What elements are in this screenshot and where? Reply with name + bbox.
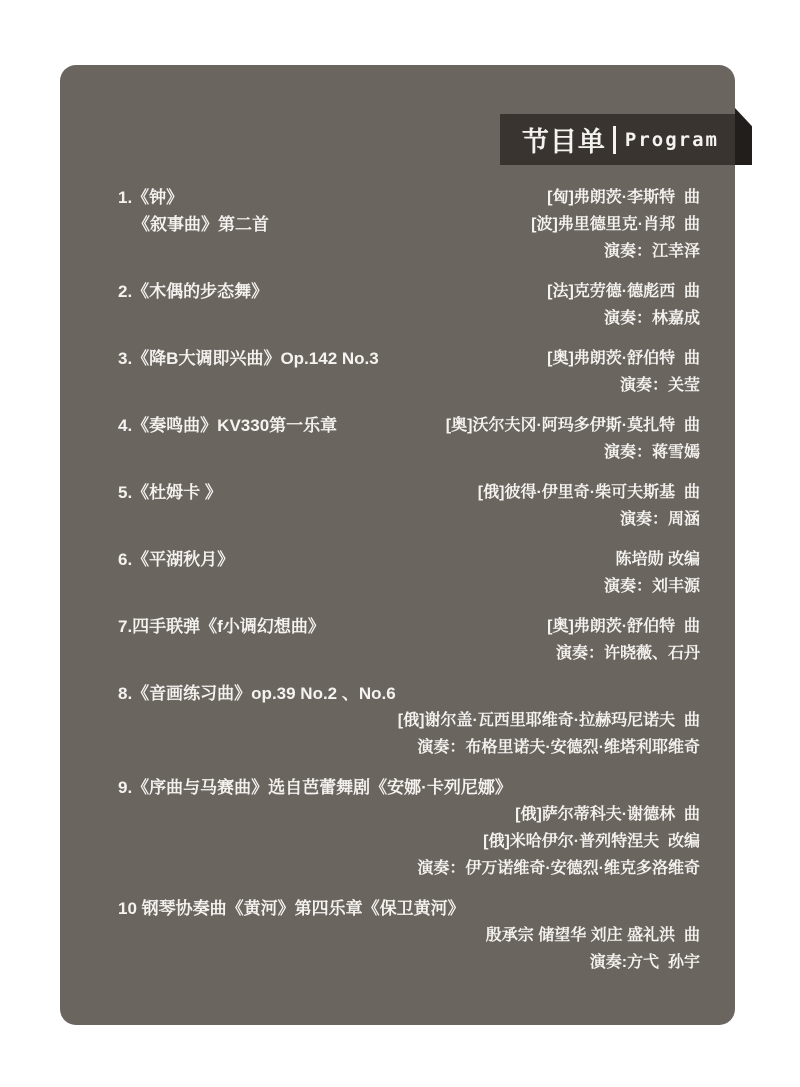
item-info: [法]克劳德·德彪西 曲	[547, 278, 700, 305]
item-info: [波]弗里德里克·肖邦 曲	[531, 211, 700, 238]
program-item: 7.四手联弹《f小调幻想曲》[奥]弗朗茨·舒伯特 曲演奏：许晓薇、石丹	[118, 613, 700, 667]
program-item: 10 钢琴协奏曲《黄河》第四乐章《保卫黄河》殷承宗 储望华 刘庄 盛礼洪 曲演奏…	[118, 895, 700, 976]
item-info: 演奏：江幸泽	[604, 238, 700, 265]
item-info: 演奏：刘丰源	[604, 573, 700, 600]
item-info: [奥]沃尔夫冈·阿玛多伊斯·莫扎特 曲	[446, 412, 700, 439]
program-line: 演奏：关莹	[118, 372, 700, 399]
program-item: 6.《平湖秋月》陈培勋 改编演奏：刘丰源	[118, 546, 700, 600]
item-info: [俄]萨尔蒂科夫·谢德林 曲	[515, 801, 700, 828]
item-info: 陈培勋 改编	[616, 546, 700, 573]
item-info: [俄]米哈伊尔·普列特涅夫 改编	[483, 828, 700, 855]
item-title: 8.《音画练习曲》op.39 No.2 、No.6	[118, 680, 396, 707]
program-line: 7.四手联弹《f小调幻想曲》[奥]弗朗茨·舒伯特 曲	[118, 613, 700, 640]
program-line: [俄]谢尔盖·瓦西里耶维奇·拉赫玛尼诺夫 曲	[118, 707, 700, 734]
item-info: 演奏：关莹	[620, 372, 700, 399]
item-info: [俄]谢尔盖·瓦西里耶维奇·拉赫玛尼诺夫 曲	[398, 707, 700, 734]
item-info: 演奏：伊万诺维奇·安德烈·维克多洛维奇	[417, 855, 700, 882]
badge-title-cn: 节目单	[522, 120, 606, 159]
program-line: 10 钢琴协奏曲《黄河》第四乐章《保卫黄河》	[118, 895, 700, 922]
item-title: 10 钢琴协奏曲《黄河》第四乐章《保卫黄河》	[118, 895, 465, 922]
program-line: 演奏：刘丰源	[118, 573, 700, 600]
item-info: 演奏：布格里诺夫·安德烈·维塔利耶维奇	[417, 734, 700, 761]
program-line: 6.《平湖秋月》陈培勋 改编	[118, 546, 700, 573]
program-list: 1.《钟》[匈]弗朗茨·李斯特 曲《叙事曲》第二首[波]弗里德里克·肖邦 曲演奏…	[118, 184, 700, 989]
program-line: 演奏：布格里诺夫·安德烈·维塔利耶维奇	[118, 734, 700, 761]
program-line: 演奏:方弋 孙宇	[118, 949, 700, 976]
item-info: 演奏：林嘉成	[604, 305, 700, 332]
program-line: 5.《杜姆卡 》[俄]彼得·伊里奇·柴可夫斯基 曲	[118, 479, 700, 506]
item-title: 5.《杜姆卡 》	[118, 479, 222, 506]
item-title: 《叙事曲》第二首	[133, 211, 269, 238]
item-info: 演奏:方弋 孙宇	[590, 949, 700, 976]
program-line: 8.《音画练习曲》op.39 No.2 、No.6	[118, 680, 700, 707]
program-item: 5.《杜姆卡 》[俄]彼得·伊里奇·柴可夫斯基 曲演奏：周涵	[118, 479, 700, 533]
program-line: 2.《木偶的步态舞》[法]克劳德·德彪西 曲	[118, 278, 700, 305]
badge-divider-bar	[613, 126, 616, 154]
program-item: 9.《序曲与马赛曲》选自芭蕾舞剧《安娜·卡列尼娜》[俄]萨尔蒂科夫·谢德林 曲[…	[118, 774, 700, 882]
item-title: 6.《平湖秋月》	[118, 546, 234, 573]
item-info: 演奏：蒋雪嫣	[604, 439, 700, 466]
item-info: 演奏：周涵	[620, 506, 700, 533]
program-line: 演奏：许晓薇、石丹	[118, 640, 700, 667]
program-line: 演奏：江幸泽	[118, 238, 700, 265]
program-line: 《叙事曲》第二首[波]弗里德里克·肖邦 曲	[118, 211, 700, 238]
item-info: [匈]弗朗茨·李斯特 曲	[547, 184, 700, 211]
item-title: 9.《序曲与马赛曲》选自芭蕾舞剧《安娜·卡列尼娜》	[118, 774, 512, 801]
item-info: [奥]弗朗茨·舒伯特 曲	[547, 345, 700, 372]
program-line: 演奏：林嘉成	[118, 305, 700, 332]
program-item: 1.《钟》[匈]弗朗茨·李斯特 曲《叙事曲》第二首[波]弗里德里克·肖邦 曲演奏…	[118, 184, 700, 265]
program-line: 1.《钟》[匈]弗朗茨·李斯特 曲	[118, 184, 700, 211]
item-title: 2.《木偶的步态舞》	[118, 278, 268, 305]
item-info: [俄]彼得·伊里奇·柴可夫斯基 曲	[478, 479, 700, 506]
program-line: 4.《奏鸣曲》KV330第一乐章[奥]沃尔夫冈·阿玛多伊斯·莫扎特 曲	[118, 412, 700, 439]
program-line: 演奏：周涵	[118, 506, 700, 533]
item-title: 7.四手联弹《f小调幻想曲》	[118, 613, 325, 640]
program-item: 4.《奏鸣曲》KV330第一乐章[奥]沃尔夫冈·阿玛多伊斯·莫扎特 曲演奏：蒋雪…	[118, 412, 700, 466]
program-card: 节目单 Program 1.《钟》[匈]弗朗茨·李斯特 曲《叙事曲》第二首[波]…	[60, 65, 735, 1025]
item-info: 演奏：许晓薇、石丹	[556, 640, 700, 667]
item-title: 4.《奏鸣曲》KV330第一乐章	[118, 412, 337, 439]
item-info: 殷承宗 储望华 刘庄 盛礼洪 曲	[486, 922, 700, 949]
program-line: 演奏：蒋雪嫣	[118, 439, 700, 466]
badge-title-en: Program	[625, 129, 719, 151]
program-line: 演奏：伊万诺维奇·安德烈·维克多洛维奇	[118, 855, 700, 882]
item-title: 3.《降B大调即兴曲》Op.142 No.3	[118, 345, 379, 372]
item-info: [奥]弗朗茨·舒伯特 曲	[547, 613, 700, 640]
program-line: [俄]萨尔蒂科夫·谢德林 曲	[118, 801, 700, 828]
program-item: 2.《木偶的步态舞》[法]克劳德·德彪西 曲演奏：林嘉成	[118, 278, 700, 332]
program-badge: 节目单 Program	[500, 114, 735, 165]
program-line: 9.《序曲与马赛曲》选自芭蕾舞剧《安娜·卡列尼娜》	[118, 774, 700, 801]
item-title: 1.《钟》	[118, 184, 183, 211]
program-item: 8.《音画练习曲》op.39 No.2 、No.6[俄]谢尔盖·瓦西里耶维奇·拉…	[118, 680, 700, 761]
badge-fold-ribbon	[735, 108, 752, 165]
program-item: 3.《降B大调即兴曲》Op.142 No.3[奥]弗朗茨·舒伯特 曲演奏：关莹	[118, 345, 700, 399]
program-line: [俄]米哈伊尔·普列特涅夫 改编	[118, 828, 700, 855]
program-line: 3.《降B大调即兴曲》Op.142 No.3[奥]弗朗茨·舒伯特 曲	[118, 345, 700, 372]
program-line: 殷承宗 储望华 刘庄 盛礼洪 曲	[118, 922, 700, 949]
